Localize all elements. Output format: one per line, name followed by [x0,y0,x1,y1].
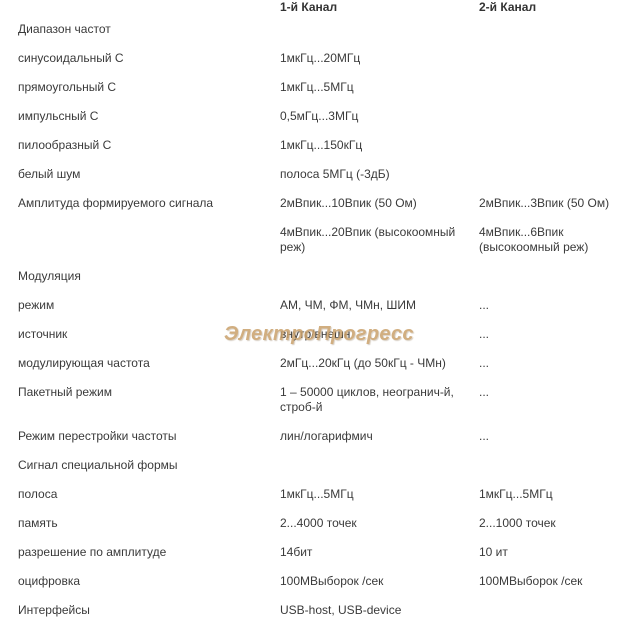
table-body: Диапазон частотсинусоидальный С1мкГц...2… [0,15,640,625]
row-label: память [0,509,276,538]
row-channel-1-value: внутр/внешн [276,320,476,349]
row-channel-2-value [476,451,640,480]
row-channel-1-value: лин/логарифмич [276,422,476,451]
row-channel-2-value: ... [476,378,640,422]
row-label: Режим перестройки частоты [0,422,276,451]
row-channel-1-value: USB-host, USB-device [276,596,476,625]
row-label: модулирующая частота [0,349,276,378]
table-row: Амплитуда формируемого сигнала2мВпик...1… [0,189,640,218]
row-channel-1-value: 14бит [276,538,476,567]
row-channel-2-value: ... [476,422,640,451]
table-row: разрешение по амплитуде14бит10 ит [0,538,640,567]
table-row: прямоугольный С1мкГц...5МГц [0,73,640,102]
row-label: прямоугольный С [0,73,276,102]
row-channel-2-value: ... [476,291,640,320]
row-channel-1-value: 2мВпик...10Впик (50 Ом) [276,189,476,218]
row-label: пилообразный С [0,131,276,160]
row-label: Сигнал специальной формы [0,451,276,480]
row-channel-2-value: 2...1000 точек [476,509,640,538]
header-channel-2: 2-й Канал [476,0,640,15]
row-channel-2-value [476,131,640,160]
table-row: Пакетный режим1 – 50000 циклов, неограни… [0,378,640,422]
row-label: Модуляция [0,262,276,291]
row-label: синусоидальный С [0,44,276,73]
table-row: оцифровка100МВыборок /сек100МВыборок /се… [0,567,640,596]
row-channel-1-value: 0,5мГц...3МГц [276,102,476,131]
row-channel-2-value: 1мкГц...5МГц [476,480,640,509]
row-label: белый шум [0,160,276,189]
row-label: полоса [0,480,276,509]
table-row: полоса1мкГц...5МГц1мкГц...5МГц [0,480,640,509]
row-channel-1-value: 1мкГц...5МГц [276,480,476,509]
table-row: пилообразный С1мкГц...150кГц [0,131,640,160]
row-channel-1-value: 1 – 50000 циклов, неогранич-й, строб-й [276,378,476,422]
row-channel-2-value: 2мВпик...3Впик (50 Ом) [476,189,640,218]
table-row: Диапазон частот [0,15,640,44]
row-channel-1-value: полоса 5МГц (-3дБ) [276,160,476,189]
table-row: 4мВпик...20Впик (высокоомный реж)4мВпик.… [0,218,640,262]
table-row: режимАМ, ЧМ, ФМ, ЧМн, ШИМ... [0,291,640,320]
row-channel-1-value: 2...4000 точек [276,509,476,538]
row-channel-1-value: 100МВыборок /сек [276,567,476,596]
header-channel-1: 1-й Канал [276,0,476,15]
row-label: разрешение по амплитуде [0,538,276,567]
row-label: режим [0,291,276,320]
row-channel-2-value [476,596,640,625]
table-header-row: 1-й Канал 2-й Канал [0,0,640,15]
row-channel-1-value: 1мкГц...5МГц [276,73,476,102]
table-row: импульсный С0,5мГц...3МГц [0,102,640,131]
table-row: источниквнутр/внешн... [0,320,640,349]
header-parameter [0,0,276,15]
specifications-table: 1-й Канал 2-й Канал Диапазон частотсинус… [0,0,640,625]
row-channel-1-value: 1мкГц...150кГц [276,131,476,160]
row-channel-1-value: АМ, ЧМ, ФМ, ЧМн, ШИМ [276,291,476,320]
table-row: память2...4000 точек2...1000 точек [0,509,640,538]
row-channel-2-value: 10 ит [476,538,640,567]
row-label: Интерфейсы [0,596,276,625]
table-row: модулирующая частота2мГц...20кГц (до 50к… [0,349,640,378]
row-channel-2-value [476,102,640,131]
row-channel-2-value: ... [476,320,640,349]
row-channel-1-value [276,262,476,291]
table-row: Сигнал специальной формы [0,451,640,480]
row-channel-2-value [476,73,640,102]
row-channel-2-value: 4мВпик...6Впик (высокоомный реж) [476,218,640,262]
table-row: белый шумполоса 5МГц (-3дБ) [0,160,640,189]
row-label [0,218,276,262]
table-row: Режим перестройки частотылин/логарифмич.… [0,422,640,451]
row-label: оцифровка [0,567,276,596]
table-row: синусоидальный С1мкГц...20МГц [0,44,640,73]
row-channel-2-value: ... [476,349,640,378]
row-channel-2-value [476,44,640,73]
row-label: Пакетный режим [0,378,276,422]
row-channel-1-value: 2мГц...20кГц (до 50кГц - ЧМн) [276,349,476,378]
row-channel-2-value [476,262,640,291]
table-row: Модуляция [0,262,640,291]
table-row: ИнтерфейсыUSB-host, USB-device [0,596,640,625]
row-channel-2-value [476,15,640,44]
row-channel-2-value [476,160,640,189]
row-channel-1-value [276,451,476,480]
row-channel-1-value: 4мВпик...20Впик (высокоомный реж) [276,218,476,262]
row-label: Амплитуда формируемого сигнала [0,189,276,218]
row-label: импульсный С [0,102,276,131]
row-channel-2-value: 100МВыборок /сек [476,567,640,596]
row-channel-1-value: 1мкГц...20МГц [276,44,476,73]
row-label: Диапазон частот [0,15,276,44]
row-channel-1-value [276,15,476,44]
row-label: источник [0,320,276,349]
